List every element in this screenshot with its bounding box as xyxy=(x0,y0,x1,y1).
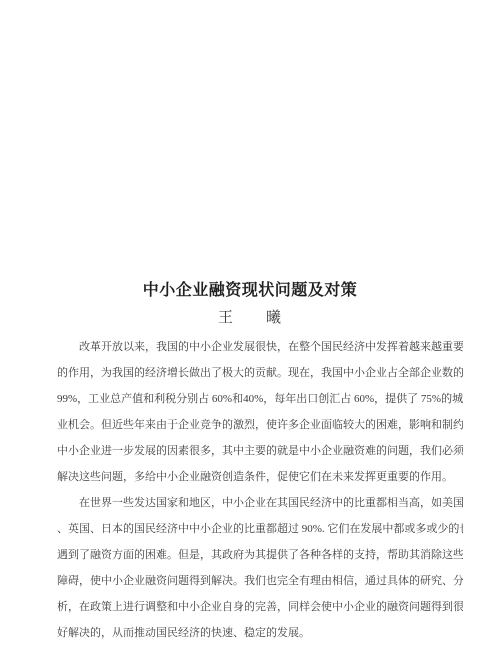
document-page: 中小企业融资现状问题及对策 王 曦 改革开放以来，我国的中小企业发展很快，在整个… xyxy=(0,0,500,657)
text-line: 中小企业进一步发展的因素很多，其中主要的就是中小企业融资难的问题，我们必须 xyxy=(57,438,463,464)
text-line: 好解决的，从而推动国民经济的快速、稳定的发展。 xyxy=(57,620,463,646)
text-line: 析，在政策上进行调整和中小企业自身的完善，同样会使中小企业的融资问题得到很 xyxy=(57,594,463,620)
text-line: 的作用，为我国的经济增长做出了极大的贡献。现在，我国中小企业占全部企业数的 xyxy=(57,360,463,386)
text-line: 解决这些问题，多给中小企业融资创造条件，促使它们在未来发挥更重要的作用。 xyxy=(57,464,463,490)
paragraph-1: 改革开放以来，我国的中小企业发展很快，在整个国民经济中发挥着越来越重要 的作用，… xyxy=(57,334,463,490)
text-line: 在世界一些发达国家和地区，中小企业在其国民经济中的比重都相当高，如美国 xyxy=(57,490,463,516)
text-line: 99%，工业总产值和利税分别占 60%和40%，每年出口创汇占 60%，提供了 … xyxy=(57,386,463,412)
author-name: 王 曦 xyxy=(0,306,500,330)
text-line: 改革开放以来，我国的中小企业发展很快，在整个国民经济中发挥着越来越重要 xyxy=(57,334,463,360)
text-line: 障碍，使中小企业融资问题得到解决。我们也完全有理由相信，通过具体的研究、分 xyxy=(57,568,463,594)
document-title: 中小企业融资现状问题及对策 xyxy=(0,278,500,304)
document-body: 改革开放以来，我国的中小企业发展很快，在整个国民经济中发挥着越来越重要 的作用，… xyxy=(57,334,463,646)
paragraph-2: 在世界一些发达国家和地区，中小企业在其国民经济中的比重都相当高，如美国 、英国、… xyxy=(57,490,463,646)
text-line: 业机会。但近些年来由于企业竞争的激烈，使许多企业面临较大的困难，影响和制约 xyxy=(57,412,463,438)
text-line: 、英国、日本的国民经济中中小企业的比重都超过 90%. 它们在发展中都或多或少的… xyxy=(57,516,463,542)
text-line: 遇到了融资方面的困难。但是，其政府为其提供了各种各样的支持，帮助其消除这些 xyxy=(57,542,463,568)
